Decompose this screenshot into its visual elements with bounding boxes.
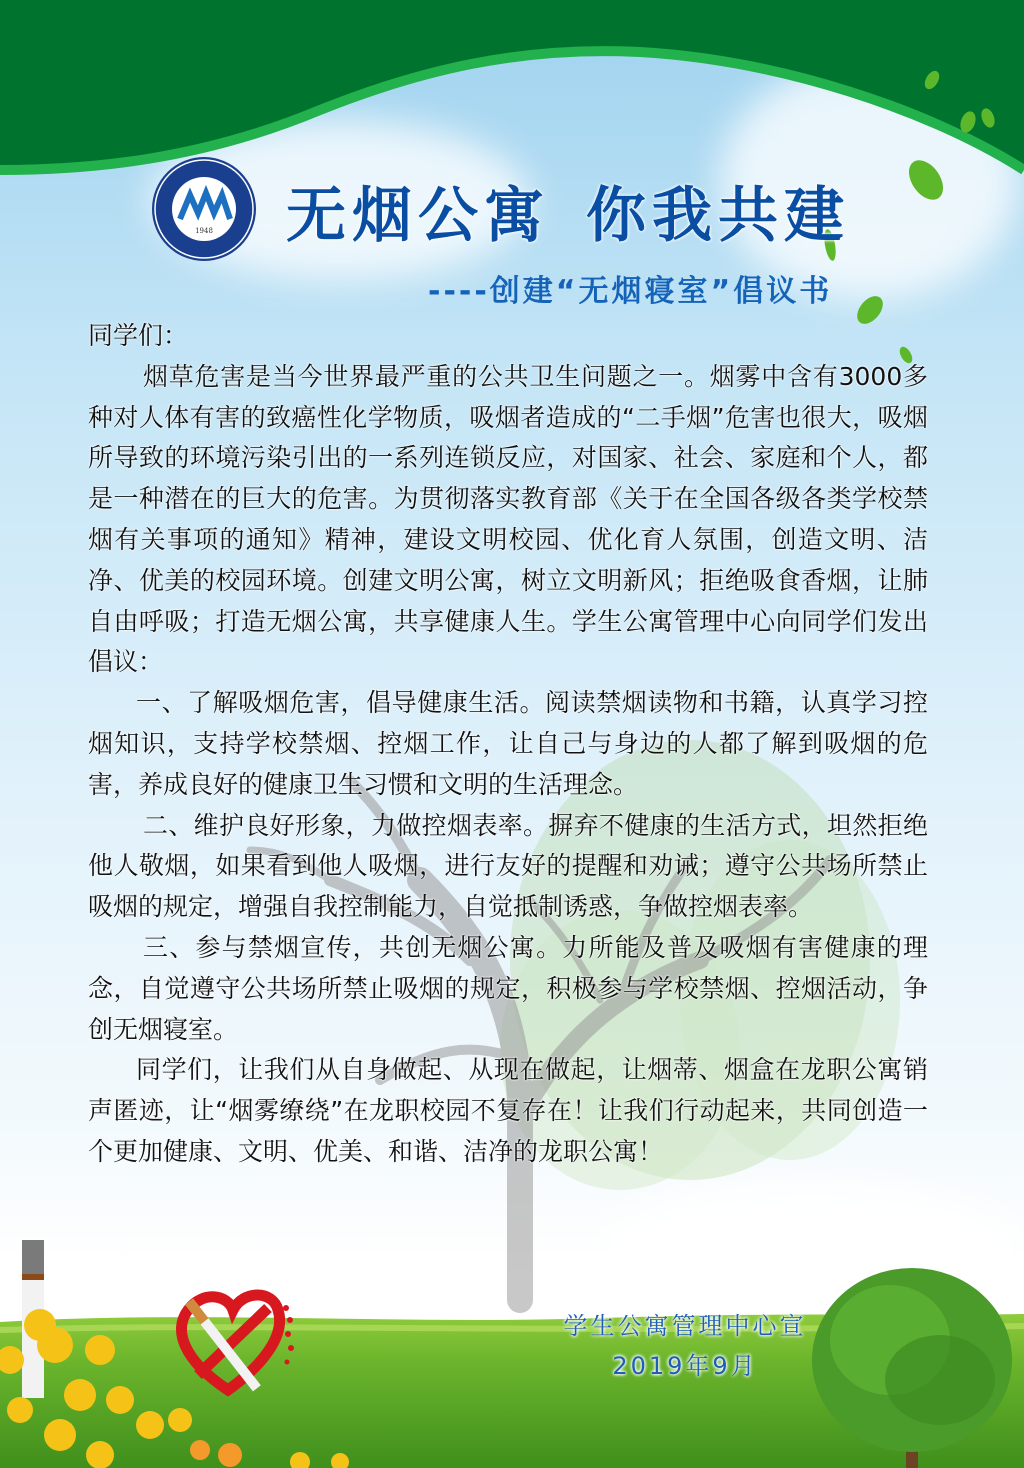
signature: 学生公寓管理中心宣 2019年9月 [560,1306,810,1386]
grass-field-icon [0,0,1024,1468]
issuer: 学生公寓管理中心宣 [560,1306,810,1346]
issue-date: 2019年9月 [560,1346,810,1386]
